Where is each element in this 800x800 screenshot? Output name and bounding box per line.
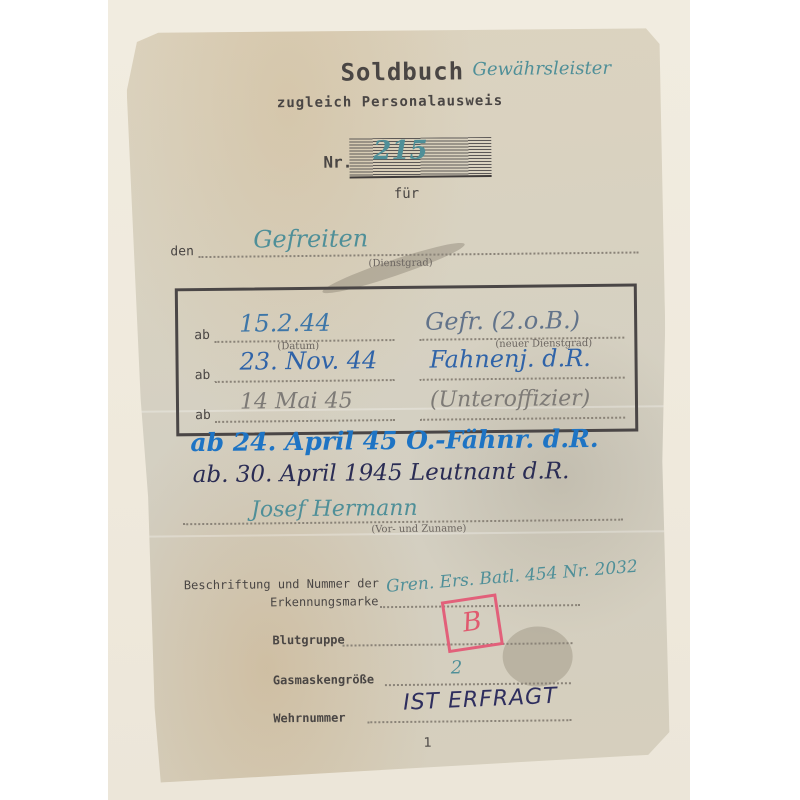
service-number-dotted-line (367, 719, 571, 723)
soldbuch-page: Soldbuch Gewährsleister zugleich Persona… (126, 25, 670, 783)
service-number-value: IST ERFRAGT (403, 684, 559, 716)
promotion-prefix: ab (195, 368, 211, 383)
number-value: 215 (373, 136, 428, 167)
dirt-stain (502, 626, 573, 687)
blood-type-label: Blutgruppe (272, 633, 344, 648)
title-annotation: Gewährsleister (472, 58, 611, 80)
promotion-rank: (Unteroffizier) (430, 386, 591, 413)
document-title: Soldbuch (340, 57, 464, 86)
gas-mask-value: 2 (451, 657, 463, 678)
document-subtitle: zugleich Personalausweis (277, 93, 503, 111)
rank-handwritten: Gefreiten (253, 224, 368, 253)
service-number-label: Wehrnummer (273, 711, 345, 726)
blood-type-stamp: B (441, 593, 504, 653)
extra-entry: ab 24. April 45 O.-Fähnr. d.R. (190, 424, 598, 457)
promotion-date: 14 Mai 45 (240, 388, 353, 414)
promotion-prefix: ab (195, 408, 211, 423)
tag-value: Gren. Ers. Batl. 454 Nr. 2032 (385, 557, 638, 597)
promotion-prefix: ab (194, 328, 210, 343)
rank-line-prefix: den (170, 244, 194, 259)
page-number: 1 (423, 736, 431, 751)
name-caption: (Vor- und Zuname) (371, 523, 466, 535)
for-label: für (394, 186, 419, 202)
name-handwritten: Josef Hermann (251, 496, 418, 523)
promotion-rank: Gefr. (2.o.B.) (425, 306, 580, 336)
tag-label-line1: Beschriftung und Nummer der (184, 576, 379, 592)
number-label: Nr. (323, 152, 352, 171)
tag-label-line2: Erkennungsmarke (270, 594, 379, 609)
promotion-date: 15.2.44 (239, 309, 331, 338)
extra-entry: ab. 30. April 1945 Leutnant d.R. (193, 458, 570, 488)
gas-mask-label: Gasmaskengröße (273, 672, 374, 687)
promotion-rank: Fahnenj. d.R. (429, 344, 591, 374)
rank-caption: (Dienstgrad) (368, 258, 432, 270)
promotion-date: 23. Nov. 44 (239, 346, 377, 375)
